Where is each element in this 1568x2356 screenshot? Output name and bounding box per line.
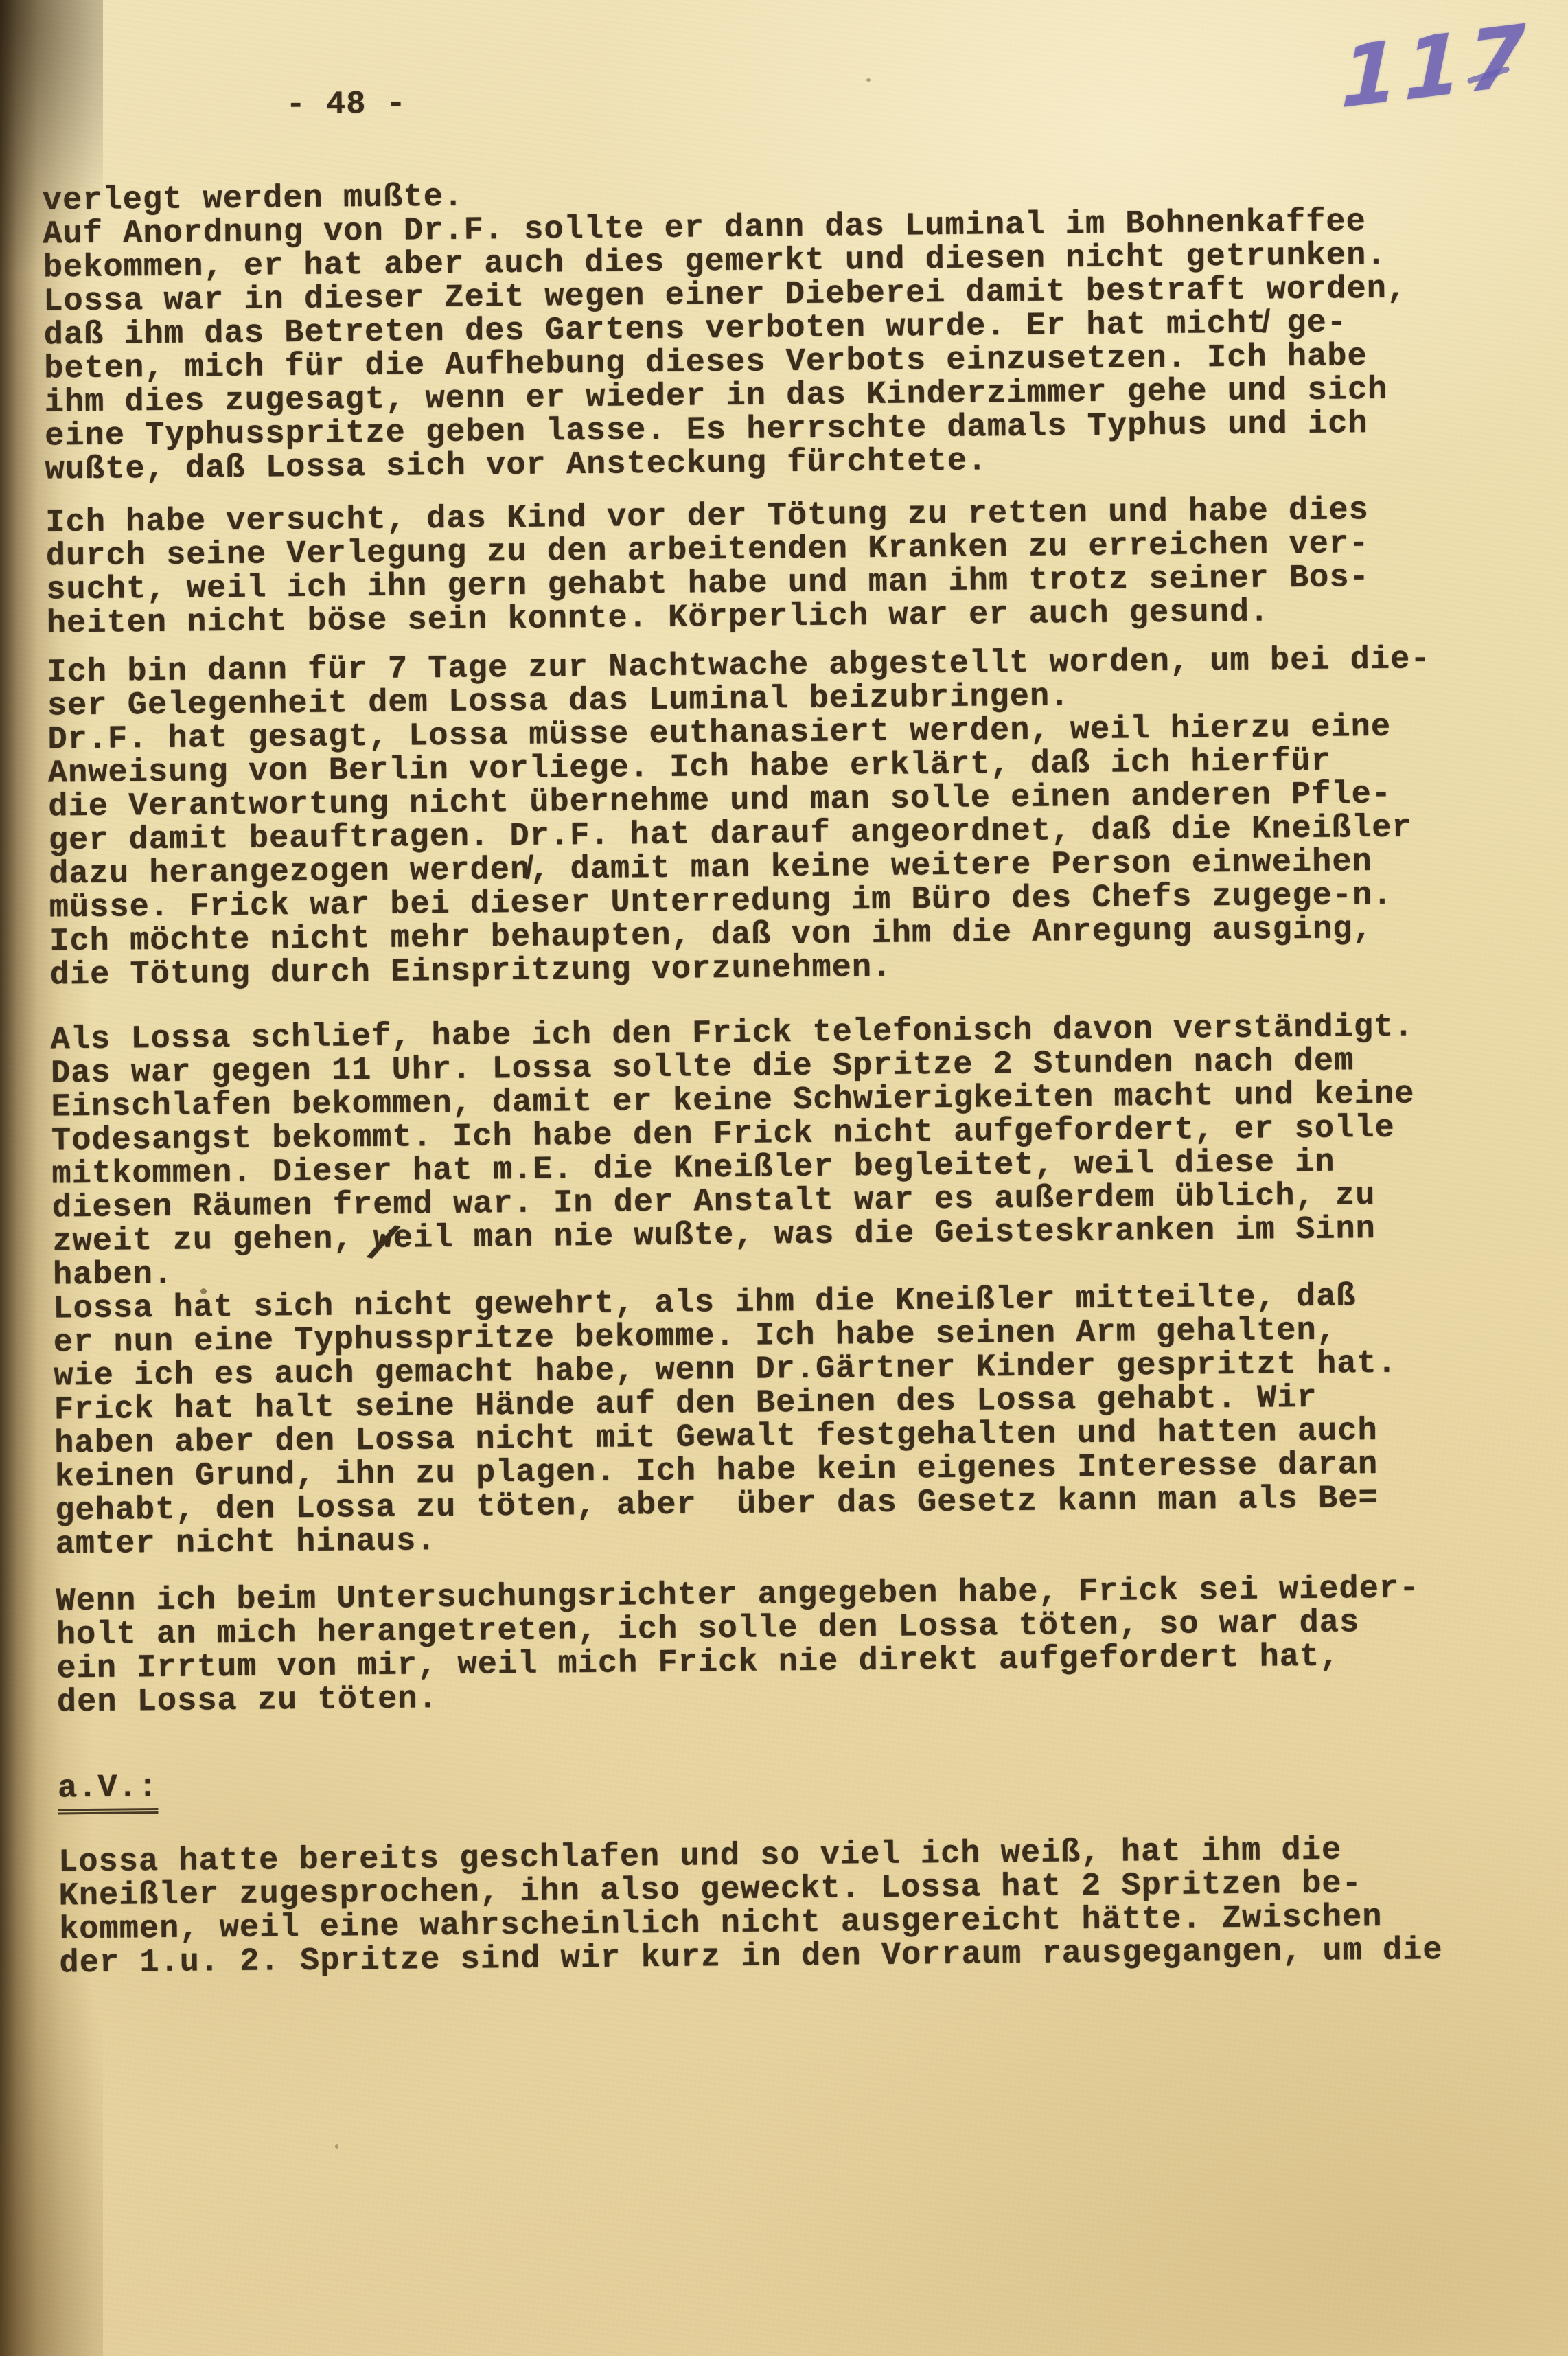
paragraph-6: Lossa hatte bereits geschlafen und so vi… [58,1833,1443,1980]
paragraph-5: Wenn ich beim Untersuchungsrichter angeg… [56,1572,1420,1719]
paragraph-1: verlegt werden mußte. Auf Anordnung von … [43,171,1409,487]
page-number: - 48 - [286,87,406,122]
paragraph-4: Als Lossa schlief, habe ich den Frick te… [50,1010,1418,1562]
section-heading: a.V.: [58,1771,159,1814]
paragraph-3: Ich bin dann für 7 Tage zur Nachtwache a… [47,643,1433,992]
typewritten-layer: - 48 - verlegt werden mußte. Auf Anordnu… [0,0,1568,2356]
paragraph-2: Ich habe versucht, das Kind vor der Tötu… [45,494,1370,641]
